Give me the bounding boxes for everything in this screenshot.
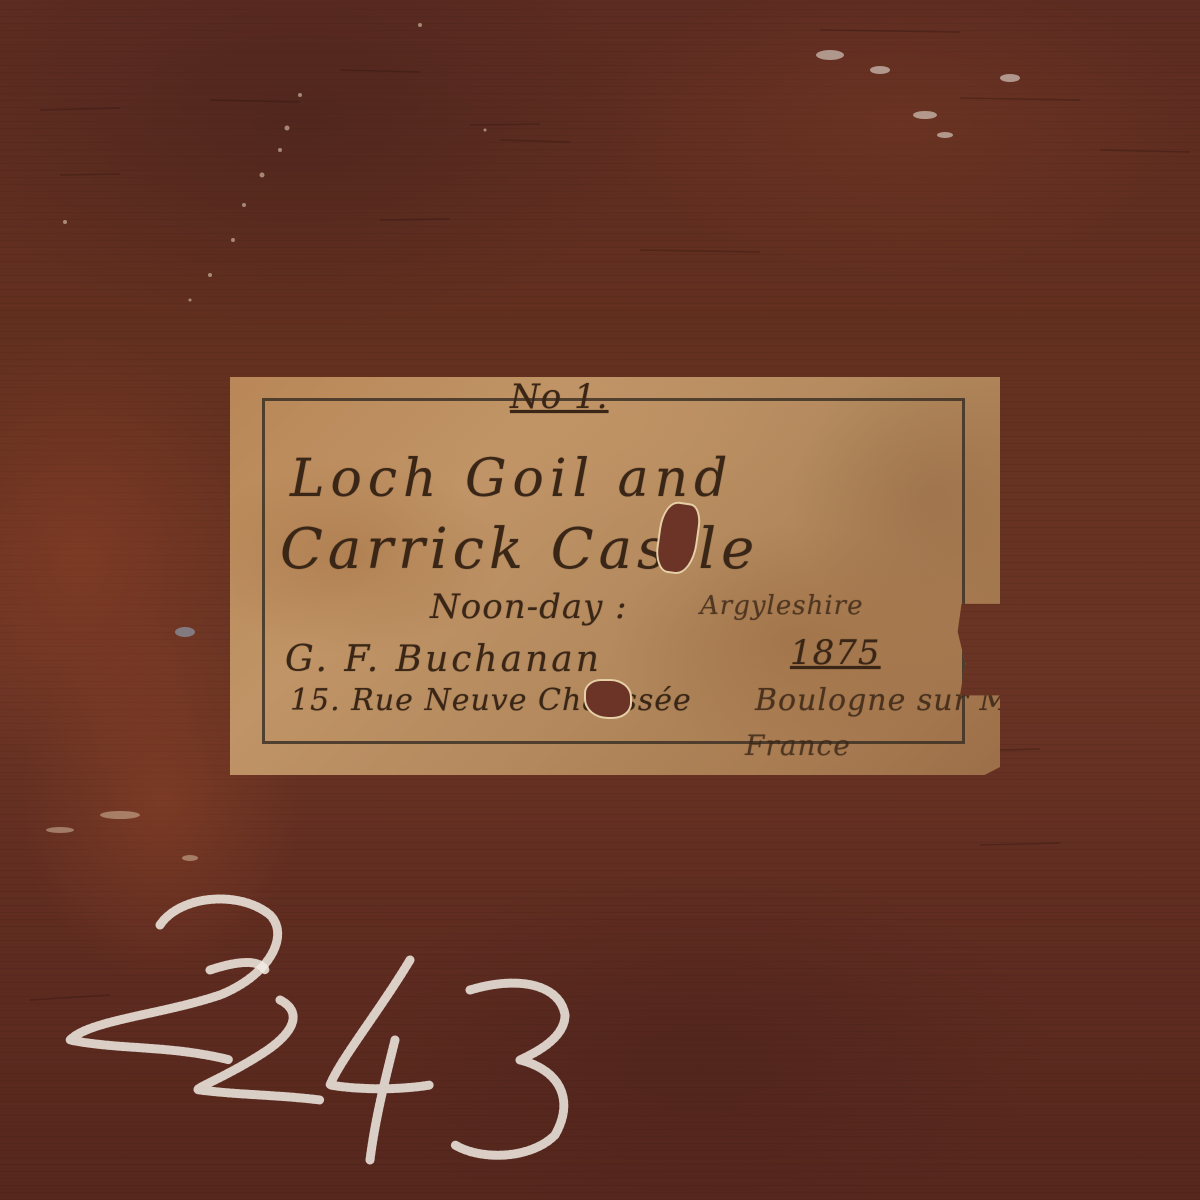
label-year: 1875 [790,633,881,673]
provenance-label: No 1. Loch Goil and Carrick Castle Noon-… [230,377,1000,775]
label-number: No 1. [510,377,608,417]
label-time-of-day: Noon-day : [430,587,628,627]
label-artist: G. F. Buchanan [285,639,602,680]
label-county: Argyleshire [700,591,863,621]
label-tear-hole [584,679,632,719]
label-title-line1: Loch Goil and [290,449,733,509]
label-country: France [745,729,851,762]
